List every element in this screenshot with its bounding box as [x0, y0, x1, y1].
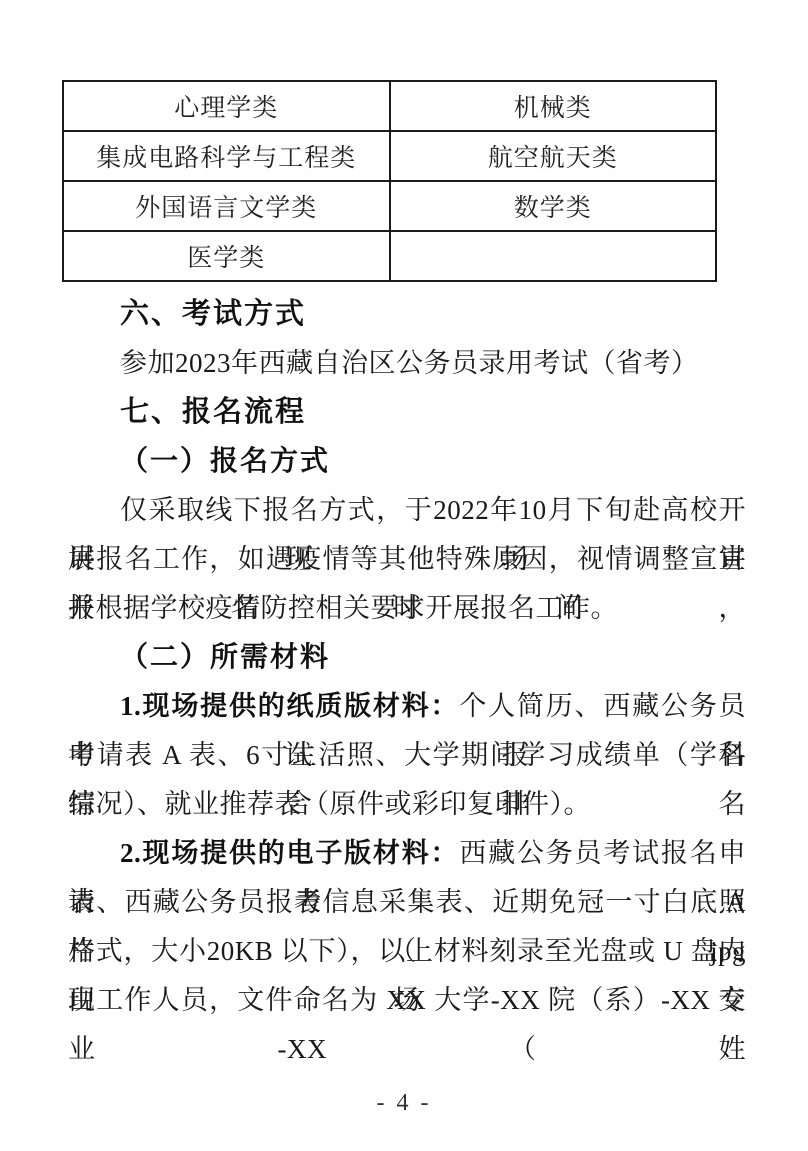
heading-registration-process: 七、报名流程: [68, 388, 746, 437]
heading-registration-method: （一）报名方式: [68, 437, 746, 486]
table-row: 集成电路科学与工程类 航空航天类: [63, 131, 716, 181]
body-line-digital-materials-2: 表、西藏公务员报考信息采集表、近期免冠一寸白底照片（jpg: [68, 878, 746, 927]
body-line-reg-method-1: 仅采取线下报名方式，于2022年10月下旬赴高校开展现场宣: [68, 486, 746, 535]
document-body: 六、考试方式 参加2023年西藏自治区公务员录用考试（省考） 七、报名流程 （一…: [68, 290, 746, 1025]
body-line-paper-materials-2: 申请表 A 表、6寸生活照、大学期间学习成绩单（学科综合排名: [68, 731, 746, 780]
body-line-paper-materials-1: 1.现场提供的纸质版材料：个人简历、西藏公务员考试报名: [68, 682, 746, 731]
table-cell-left: 心理学类: [63, 81, 390, 131]
heading-materials: （二）所需材料: [68, 633, 746, 682]
table-row: 心理学类 机械类: [63, 81, 716, 131]
bold-label-digital-materials: 2.现场提供的电子版材料：: [120, 838, 459, 868]
body-line-digital-materials-4: 由工作人员，文件命名为 XX 大学-XX 院（系）-XX 专业-XX（姓: [68, 976, 746, 1025]
table-cell-left: 集成电路科学与工程类: [63, 131, 390, 181]
body-line-digital-materials-3: 格式，大小20KB 以下），以上材料刻录至光盘或 U 盘内现场交: [68, 927, 746, 976]
heading-exam-method: 六、考试方式: [68, 290, 746, 339]
body-line-reg-method-2: 讲报名工作，如遇疫情等其他特殊原因，视情调整宣讲报名时间，: [68, 535, 746, 584]
table-cell-left: 外国语言文学类: [63, 181, 390, 231]
table-row: 外国语言文学类 数学类: [63, 181, 716, 231]
body-line-digital-materials-1: 2.现场提供的电子版材料：西藏公务员考试报名申请表 A: [68, 829, 746, 878]
paragraph-exam-method: 参加2023年西藏自治区公务员录用考试（省考）: [68, 339, 746, 388]
table-cell-right: 机械类: [390, 81, 717, 131]
table-cell-right: [390, 231, 717, 281]
document-page: 心理学类 机械类 集成电路科学与工程类 航空航天类 外国语言文学类 数学类 医学…: [0, 0, 808, 1151]
table-row: 医学类: [63, 231, 716, 281]
bold-label-paper-materials: 1.现场提供的纸质版材料：: [120, 691, 459, 721]
category-table: 心理学类 机械类 集成电路科学与工程类 航空航天类 外国语言文学类 数学类 医学…: [62, 80, 717, 282]
page-number: - 4 -: [0, 1090, 808, 1117]
table-cell-left: 医学类: [63, 231, 390, 281]
table-cell-right: 数学类: [390, 181, 717, 231]
table-cell-right: 航空航天类: [390, 131, 717, 181]
